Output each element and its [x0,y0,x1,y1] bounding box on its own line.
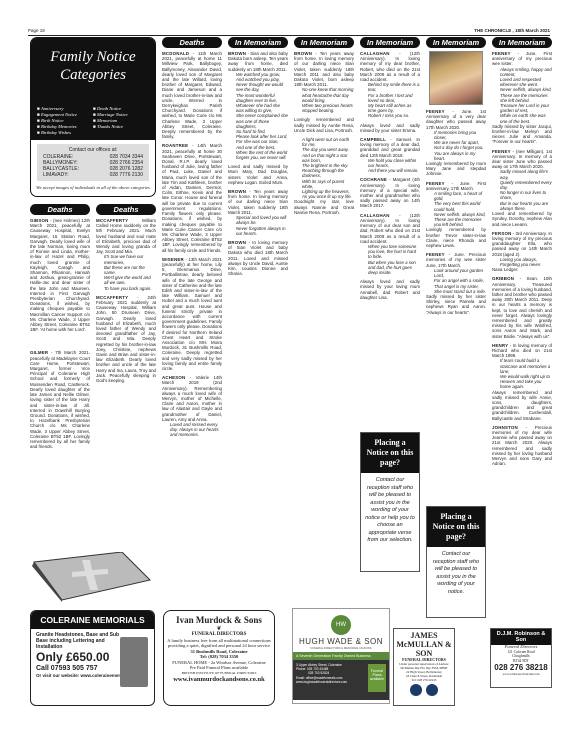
family-notice-categories: Family NoticeCategories Anniversary Deat… [30,37,156,197]
bible-cross-icon [32,552,152,602]
notice: BROWN - In loving memory of Sian Violet … [228,240,288,276]
placing-title: Placing a Notice on this page? [427,507,485,547]
paper-dateline: THE CHRONICLE , 18th March 2021 [474,28,550,35]
page-header: Page 18 THE CHRONICLE , 18th March 2021 [28,28,550,36]
column-memoriam-3: In Memoriam CALLAGHAN - (12th Anniversar… [360,37,420,304]
badge-icon [426,684,438,696]
page-number: Page 18 [28,28,45,35]
notice: FEENEY - June. 1st Anniversary of a very… [426,109,486,177]
notice: CALLAGHAN - (12th Anniversary). In lovin… [360,51,420,119]
column-deaths-2: Deaths MCCAFFERTY William Called Home su… [96,204,156,387]
placing-title: Placing a Notice on this page? [361,433,419,473]
placing-notice-box-2: Placing a Notice on this page? Contact o… [426,506,486,618]
notice: GILMER - 7th March 2021, peacefully at M… [30,350,90,449]
contact-offices: Contact our offices at: COLERAINE:028 70… [37,144,149,181]
hw-logo-icon: HW [331,615,351,635]
notice: Loved and sadly missed by Mum Mary, Dad … [228,164,288,185]
coleraine-memorials-ad: COLERAINE MEMORIALS Granite Headstones, … [30,610,155,706]
category-item: Thanks Notice [93,124,149,130]
badge-icon [410,684,422,696]
ad-text: A family business free from all multinat… [164,638,274,649]
notice: GIBSON - (nee Holmes) 12th March 2021, p… [30,218,90,332]
notice: Always loved and sadly missed by your lo… [360,279,420,300]
placing-body: Contact our reception staff who will be … [361,473,419,549]
column-memoriam-5: In Memoriam FEENEY - June. First anniver… [492,37,552,470]
section-header-deaths: Deaths [162,37,222,48]
notice: FEENEY - (nee Milligan). 1st Anniversary… [492,149,552,227]
section-header-memoriam: In Memoriam [492,37,552,48]
ad-website: www.robinsonsofculcrum.com [491,672,551,677]
ornament-icon: ❦ [164,625,274,632]
notice: COCHRANE - Margaret (4th Anniversary). I… [360,177,420,208]
column-memoriam-2: In Memoriam BROWN - Ten years away from … [294,37,354,219]
ad-phone: 028 276 38218 [491,663,551,672]
notice: GRIBBON - Sean. 10th Anniversary. Treasu… [492,276,552,338]
placing-body: Contact our reception staff who will be … [427,547,485,600]
notice: WISENER - 13th March 2021 (peacefully) a… [162,257,222,371]
ad-text: Under personal supervision of Andrew McM… [394,662,454,670]
categories-note: We accept images of individuals in all o… [31,185,155,190]
notice: BROWN - Ten years away from home. In lov… [294,51,354,113]
contact-title: Contact our offices at: [43,147,143,153]
notice: BROWN - Sian and also baby Dakota born a… [228,51,288,160]
section-header-memoriam: In Memoriam [294,37,354,48]
notice: MCCAFFERTY - 24th February 2021 suddenly… [96,295,156,383]
column-deaths-3: Deaths MCDONALD - 11th March 2021, peace… [162,37,222,442]
ad-title: Ivan Murdock & Sons [164,611,274,625]
notice: FEENEY - June. First anniversary of my p… [492,51,552,145]
notice: CALLAGHAN - (12th Anniversary). In lovin… [360,213,420,275]
ad-title: JAMES McMULLAN & SON [394,629,454,658]
ad-banner: A Seventh Generation Family Owned Busine… [293,652,389,660]
notice: JOHNSTON - Precious memories of my dear … [492,425,552,467]
ad-text: Granite Headstones, Base and Sub Base in… [36,632,120,650]
ad-title: COLERAINE MEMORIALS [31,611,154,629]
notice: BROWN - Ten years away from home. In lov… [228,189,288,236]
ad-title: HUGH WADE & SON [293,637,389,646]
headstone-icon [120,637,148,687]
column-deaths-1: Deaths GIBSON - (nee Holmes) 12th March … [30,204,90,453]
ad-tagline: FUNERAL DIRECTORS & MEMORIAL MASONS [293,646,389,650]
notice: ACHESON - Valerie 14th March 2019 (2nd A… [162,375,222,437]
ad-website: www.ivanmurdockandsons.co.uk [164,676,274,683]
notice: Lovingly remembered and sadly missed by … [294,117,354,133]
categories-title-2: Categories [31,66,155,84]
notice: FERSON - 3rd Anniversary. In loving memo… [492,231,552,273]
column-memoriam-1: In Memoriam BROWN - Sian and also baby D… [228,37,288,280]
section-header-memoriam: In Memoriam [360,37,420,48]
notice: A light went out on earth for me,The day… [294,137,354,215]
placing-notice-box-1: Placing a Notice on this page? Contact o… [360,432,420,572]
section-header-deaths: Deaths [30,204,90,215]
notice: FEENEY - June. Precious memories of my w… [426,252,486,314]
ad-plans: Funeral Plans available [368,664,386,692]
section-header-memoriam: In Memoriam [426,37,486,48]
notice: FEENEY - June. First anniversary, 17th M… [426,181,486,249]
section-header-deaths: Deaths [96,204,156,215]
column-memoriam-4: In Memoriam FEENEY - June. 1st Anniversa… [426,37,486,319]
ad-title: D.J.M. Robinson & Son [491,629,551,645]
robinson-ad: D.J.M. Robinson & Son Funeral Directors … [490,628,552,688]
section-header-memoriam: In Memoriam [228,37,288,48]
james-mcmullan-ad: JAMES McMULLAN & SON FUNERAL DIRECTORS U… [393,628,455,706]
office-name: LIMAVADY: [43,172,69,178]
notice: Always loved and sadly missed by your si… [360,123,420,133]
notice: MCDONALD - 11th March 2021, peacefully a… [162,51,222,139]
notice: HENRY - In loving memory of Richard who … [492,343,552,421]
ad-phone: Tel: 028 276 62245 [394,678,454,682]
notice: CAMPBELL - Samuel. In loving memory of a… [360,137,420,173]
category-item: Birthday Wishes [37,130,93,136]
office-phone: 028 7776 2130 [110,172,143,178]
categories-title: Family Notice [31,48,155,66]
ivan-murdock-ad: Ivan Murdock & Sons ❦ FUNERAL DIRECTORS … [163,610,275,706]
notice: MCCAFFERTY William Called Home suddenly … [96,218,156,291]
memorial-photo [429,51,483,105]
hugh-wade-ad: HW HUGH WADE & SON FUNERAL DIRECTORS & M… [292,608,390,704]
notice: ROANTREE - 14th March 2021, peacefully a… [162,143,222,252]
category-list: Anniversary Death Notice Engagement Noti… [31,102,155,140]
